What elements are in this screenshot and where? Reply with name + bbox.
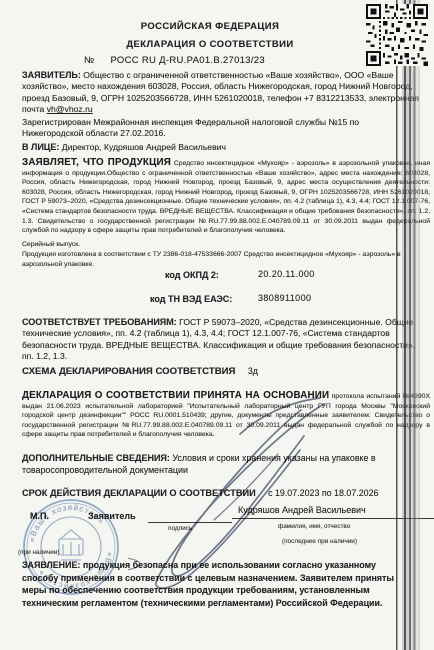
additional-label: ДОПОЛНИТЕЛЬНЫЕ СВЕДЕНИЯ: [22,453,170,463]
declares-text: Средство инсектицидное «Мухояр» - аэрозо… [22,160,430,234]
company-round-stamp: «Ваше хозяйство» «Ваше хозяйство» [18,494,124,600]
svg-text:«Ваше хозяйство»: «Ваше хозяйство» [27,503,106,543]
basis-label: ДЕКЛАРАЦИЯ О СООТВЕТСТВИИ ПРИНЯТА НА ОСН… [22,390,329,401]
country-heading: РОССИЙСКАЯ ФЕДЕРАЦИЯ [0,21,420,32]
document-title: ДЕКЛАРАЦИЯ О СООТВЕТСТВИИ [0,39,420,50]
additional-paragraph: ДОПОЛНИТЕЛЬНЫЕ СВЕДЕНИЯ: Условия и сроки… [22,452,414,476]
in-person-label: В ЛИЦЕ: [22,142,59,152]
declaration-document: РОССИЙСКАЯ ФЕДЕРАЦИЯ ДЕКЛАРАЦИЯ О СООТВЕ… [0,0,434,650]
declaration-number: РОСС RU Д-RU.РА01.В.27013/23 [111,55,265,66]
okpd-code-label: код ОКПД 2: [165,270,219,280]
svg-text:«Ваше хозяйство»: «Ваше хозяйство» [36,551,115,591]
signatory-name: Кудряшов Андрей Васильевич [238,505,366,515]
scheme-label: СХЕМА ДЕКЛАРИРОВАНИЯ СООТВЕТСТВИЯ [22,366,235,377]
stamp-ring-text-bottom: «Ваше хозяйство» [36,551,115,591]
declaration-number-row: № РОСС RU Д-RU.РА01.В.27013/23 [84,55,265,66]
applicant-email: vh@vhoz.ru [47,104,93,114]
stamp-ring-text-top: «Ваше хозяйство» [27,503,106,543]
name-note: (последнее при наличии) [282,538,357,545]
serial-release-note: Серийный выпуск. [22,240,430,250]
scheme-row: СХЕМА ДЕКЛАРИРОВАНИЯ СООТВЕТСТВИЯ 3д [22,366,424,377]
name-line [232,518,434,519]
tnved-code-label: код ТН ВЭД ЕАЭС: [150,294,232,304]
qr-code-icon [366,4,428,66]
okpd-code-value: 20.20.11.000 [258,269,315,279]
declares-label: ЗАЯВЛЯЕТ, ЧТО ПРОДУКЦИЯ [22,157,171,168]
basis-paragraph: ДЕКЛАРАЦИЯ О СООТВЕТСТВИИ ПРИНЯТА НА ОСН… [22,391,430,440]
number-sign: № [84,55,95,66]
applicant-paragraph: ЗАЯВИТЕЛЬ: Общество с ограниченной ответ… [22,70,420,116]
tnved-code-value: 3808911000 [258,293,311,303]
scheme-value: 3д [248,366,258,376]
signature-caption: подпись [168,525,192,532]
in-person-paragraph: В ЛИЦЕ: Директор, Кудряшов Андрей Василь… [22,142,420,153]
signature-line [148,522,232,523]
name-caption: фамилия, имя, отчество [278,523,350,530]
manufactured-note: Продукция изготовлена в соответствии с Т… [22,250,430,269]
applicant-label: ЗАЯВИТЕЛЬ: [22,70,81,80]
validity-value: с 19.07.2023 по 18.07.2026 [268,488,378,498]
requirements-label: СООТВЕТСТВУЕТ ТРЕБОВАНИЯМ: [22,317,177,327]
in-person-text: Директор, Кудряшов Андрей Васильевич [62,142,226,152]
requirements-paragraph: СООТВЕТСТВУЕТ ТРЕБОВАНИЯМ: ГОСТ Р 59073–… [22,317,424,363]
declares-paragraph: ЗАЯВЛЯЕТ, ЧТО ПРОДУКЦИЯ Средство инсекти… [22,158,430,236]
stamp-emblem [59,530,83,560]
applicant-registration: Зарегистрирован Межрайонная инспекция Фе… [22,117,382,140]
